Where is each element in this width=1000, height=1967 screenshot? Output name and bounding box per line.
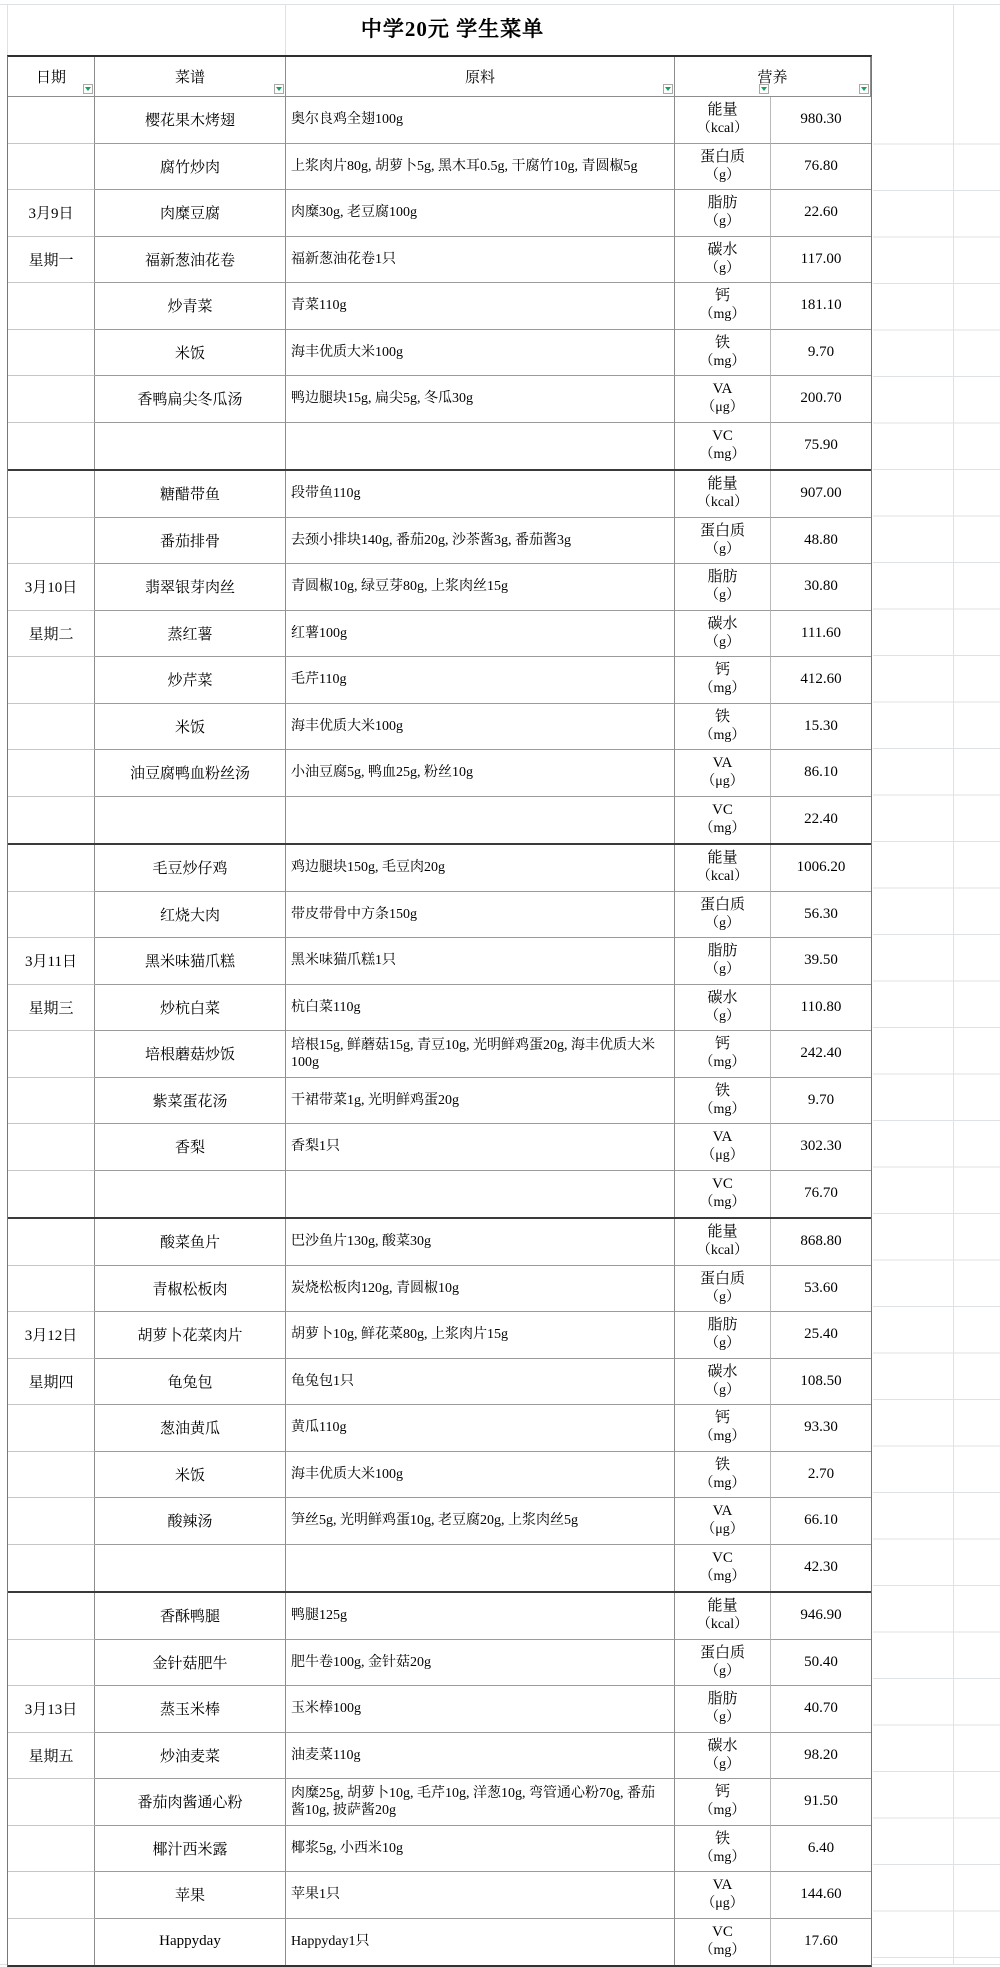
nutrient-label-cell: 碳水（g） — [675, 237, 771, 284]
nutrient-name: VA — [713, 1128, 733, 1147]
nutrient-label-cell: 铁（mg） — [675, 1452, 771, 1499]
ingredients-cell: 带皮带骨中方条150g — [286, 892, 675, 939]
nutrient-unit: （g） — [705, 1008, 740, 1026]
date-cell — [8, 797, 95, 844]
value-cell: 40.70 — [771, 1686, 871, 1733]
nutrient-name: VC — [712, 1549, 733, 1568]
nutrient-name: 脂肪 — [707, 942, 737, 961]
ingredients-cell: 上浆肉片80g, 胡萝卜5g, 黑木耳0.5g, 干腐竹10g, 青圆椒5g — [286, 144, 675, 191]
filter-dropdown-icon[interactable] — [83, 84, 93, 94]
nutrient-label-cell: 碳水（g） — [675, 1359, 771, 1406]
value-cell: 22.40 — [771, 797, 871, 844]
nutrient-unit: （mg） — [700, 1194, 746, 1212]
nutrient-label-cell: 钙（mg） — [675, 283, 771, 330]
date-cell: 3月11日 — [8, 938, 95, 985]
nutrient-name: VA — [713, 380, 733, 399]
nutrient-name: 能量 — [707, 475, 737, 494]
nutrient-unit: （mg） — [700, 1849, 746, 1867]
nutrient-name: 钙 — [715, 661, 730, 680]
filter-arrow-icon — [861, 87, 867, 91]
value-cell: 9.70 — [771, 330, 871, 377]
value-cell: 181.10 — [771, 283, 871, 330]
nutrient-name: 脂肪 — [707, 194, 737, 213]
nutrient-label-cell: VC（mg） — [675, 1919, 771, 1966]
value-cell: 2.70 — [771, 1452, 871, 1499]
header-cell-ingredients: 原料 — [286, 57, 675, 96]
nutrient-label-cell: 铁（mg） — [675, 704, 771, 751]
value-cell: 108.50 — [771, 1359, 871, 1406]
nutrient-name: 铁 — [715, 1082, 730, 1101]
dish-cell: 炒杭白菜 — [95, 985, 286, 1032]
nutrient-label-cell: 脂肪（g） — [675, 564, 771, 611]
weekday-cell: 星期一 — [8, 237, 95, 284]
value-cell: 200.70 — [771, 376, 871, 423]
dish-cell: 紫菜蛋花汤 — [95, 1078, 286, 1125]
dish-cell: 黑米味猫爪糕 — [95, 938, 286, 985]
nutrient-label-cell: VC（mg） — [675, 1545, 771, 1592]
nutrient-name: 钙 — [715, 1783, 730, 1802]
filter-dropdown-icon[interactable] — [859, 84, 869, 94]
dish-cell: 金针菇肥牛 — [95, 1640, 286, 1687]
value-cell: 93.30 — [771, 1405, 871, 1452]
ingredients-cell: 肉糜25g, 胡萝卜10g, 毛芹10g, 洋葱10g, 弯管通心粉70g, 番… — [286, 1779, 675, 1826]
value-cell: 86.10 — [771, 750, 871, 797]
nutrient-label-cell: 铁（mg） — [675, 1826, 771, 1873]
ingredients-cell — [286, 423, 675, 470]
value-cell: 110.80 — [771, 985, 871, 1032]
dish-cell: 毛豆炒仔鸡 — [95, 845, 286, 892]
nutrient-name: 脂肪 — [707, 568, 737, 587]
dish-cell: 炒油麦菜 — [95, 1733, 286, 1780]
gridline-row-stripes — [873, 98, 1000, 1963]
nutrient-unit: （g） — [705, 1663, 740, 1681]
date-cell: 3月13日 — [8, 1686, 95, 1733]
nutrient-label-cell: 碳水（g） — [675, 1733, 771, 1780]
nutrient-label-cell: VA（μg） — [675, 1498, 771, 1545]
nutrient-name: 碳水 — [707, 1737, 737, 1756]
nutrient-label-cell: 能量（kcal） — [675, 471, 771, 518]
value-cell: 9.70 — [771, 1078, 871, 1125]
day-block: 酸菜鱼片巴沙鱼片130g, 酸菜30g能量（kcal）868.80青椒松板肉炭烧… — [8, 1219, 871, 1593]
dish-cell: 培根蘑菇炒饭 — [95, 1031, 286, 1078]
nutrient-unit: （μg） — [701, 1147, 744, 1165]
filter-arrow-icon — [85, 87, 91, 91]
nutrient-label-cell: VA（μg） — [675, 1872, 771, 1919]
ingredients-cell: 笋丝5g, 光明鲜鸡蛋10g, 老豆腐20g, 上浆肉丝5g — [286, 1498, 675, 1545]
date-cell — [8, 1078, 95, 1125]
dish-cell: 酸菜鱼片 — [95, 1219, 286, 1266]
dish-cell: 米饭 — [95, 1452, 286, 1499]
dish-cell: 樱花果木烤翅 — [95, 97, 286, 144]
ingredients-cell: 海丰优质大米100g — [286, 1452, 675, 1499]
value-cell: 17.60 — [771, 1919, 871, 1966]
dish-cell — [95, 423, 286, 470]
nutrient-label-cell: 能量（kcal） — [675, 1219, 771, 1266]
filter-dropdown-icon[interactable] — [274, 84, 284, 94]
value-cell: 48.80 — [771, 518, 871, 565]
value-cell: 144.60 — [771, 1872, 871, 1919]
nutrient-label-cell: VC（mg） — [675, 797, 771, 844]
nutrient-unit: （mg） — [700, 1101, 746, 1119]
value-cell: 42.30 — [771, 1545, 871, 1592]
header-cell-nutrition: 营养 — [675, 57, 871, 96]
nutrient-unit: （g） — [705, 587, 740, 605]
nutrient-unit: （kcal） — [697, 868, 748, 886]
value-cell: 39.50 — [771, 938, 871, 985]
table-body: 樱花果木烤翅奥尔良鸡全翅100g能量（kcal）980.30腐竹炒肉上浆肉片80… — [8, 97, 871, 1965]
date-cell — [8, 283, 95, 330]
ingredients-cell: 海丰优质大米100g — [286, 330, 675, 377]
ingredients-cell: Happyday1只 — [286, 1919, 675, 1966]
dish-cell: 米饭 — [95, 704, 286, 751]
ingredients-cell: 炭烧松板肉120g, 青圆椒10g — [286, 1266, 675, 1313]
date-cell — [8, 845, 95, 892]
date-cell — [8, 1593, 95, 1640]
value-cell: 98.20 — [771, 1733, 871, 1780]
nutrient-label-cell: VA（μg） — [675, 750, 771, 797]
nutrient-label-cell: 蛋白质（g） — [675, 1640, 771, 1687]
value-cell: 242.40 — [771, 1031, 871, 1078]
ingredients-cell: 鸡边腿块150g, 毛豆肉20g — [286, 845, 675, 892]
ingredients-cell — [286, 1171, 675, 1218]
nutrient-label-cell: VC（mg） — [675, 423, 771, 470]
ingredients-cell: 椰浆5g, 小西米10g — [286, 1826, 675, 1873]
day-block: 糖醋带鱼段带鱼110g能量（kcal）907.00番茄排骨去颈小排块140g, … — [8, 471, 871, 845]
nutrient-label-cell: 脂肪（g） — [675, 1312, 771, 1359]
value-cell: 980.30 — [771, 97, 871, 144]
nutrient-unit: （mg） — [700, 1428, 746, 1446]
nutrient-name: 铁 — [715, 1456, 730, 1475]
dish-cell: 油豆腐鸭血粉丝汤 — [95, 750, 286, 797]
nutrient-name: 碳水 — [707, 615, 737, 634]
nutrient-label-cell: 钙（mg） — [675, 1405, 771, 1452]
nutrient-name: 铁 — [715, 708, 730, 727]
nutrient-name: VA — [713, 1502, 733, 1521]
date-cell — [8, 1452, 95, 1499]
date-cell — [8, 1219, 95, 1266]
ingredients-cell — [286, 797, 675, 844]
ingredients-cell: 杭白菜110g — [286, 985, 675, 1032]
value-cell: 91.50 — [771, 1779, 871, 1826]
nutrient-label-cell: VC（mg） — [675, 1171, 771, 1218]
ingredients-cell — [286, 1545, 675, 1592]
nutrient-name: 能量 — [707, 1223, 737, 1242]
nutrient-label-cell: 蛋白质（g） — [675, 1266, 771, 1313]
date-cell — [8, 750, 95, 797]
nutrient-label-cell: 脂肪（g） — [675, 190, 771, 237]
nutrient-unit: （mg） — [700, 446, 746, 464]
value-cell: 50.40 — [771, 1640, 871, 1687]
nutrient-unit: （g） — [705, 213, 740, 231]
nutrient-unit: （mg） — [700, 1942, 746, 1960]
ingredients-cell: 香梨1只 — [286, 1124, 675, 1171]
dish-cell: 青椒松板肉 — [95, 1266, 286, 1313]
date-cell — [8, 97, 95, 144]
date-cell — [8, 471, 95, 518]
nutrient-name: 蛋白质 — [700, 148, 745, 167]
dish-cell: 龟兔包 — [95, 1359, 286, 1406]
nutrient-label-cell: 脂肪（g） — [675, 1686, 771, 1733]
ingredients-cell: 福新葱油花卷1只 — [286, 237, 675, 284]
filter-dropdown-icon[interactable] — [663, 84, 673, 94]
date-cell: 3月10日 — [8, 564, 95, 611]
weekday-cell: 星期二 — [8, 611, 95, 658]
ingredients-cell: 黑米味猫爪糕1只 — [286, 938, 675, 985]
dish-cell: 椰汁西米露 — [95, 1826, 286, 1873]
gridline-top — [0, 4, 1000, 5]
nutrient-unit: （g） — [705, 1289, 740, 1307]
date-cell — [8, 1640, 95, 1687]
nutrient-name: 蛋白质 — [700, 1270, 745, 1289]
nutrient-name: 铁 — [715, 334, 730, 353]
nutrient-label-cell: 蛋白质（g） — [675, 518, 771, 565]
dish-cell — [95, 797, 286, 844]
dish-cell: 胡萝卜花菜肉片 — [95, 1312, 286, 1359]
weekday-cell: 星期五 — [8, 1733, 95, 1780]
dish-cell — [95, 1545, 286, 1592]
value-cell: 30.80 — [771, 564, 871, 611]
nutrient-name: 碳水 — [707, 989, 737, 1008]
nutrient-label-cell: 能量（kcal） — [675, 1593, 771, 1640]
nutrient-unit: （mg） — [700, 1054, 746, 1072]
nutrient-label-cell: 钙（mg） — [675, 1031, 771, 1078]
weekday-cell: 星期三 — [8, 985, 95, 1032]
nutrient-name: 铁 — [715, 1830, 730, 1849]
ingredients-cell: 油麦菜110g — [286, 1733, 675, 1780]
nutrient-unit: （μg） — [701, 399, 744, 417]
value-cell: 111.60 — [771, 611, 871, 658]
ingredients-cell: 肉糜30g, 老豆腐100g — [286, 190, 675, 237]
nutrient-name: 脂肪 — [707, 1316, 737, 1335]
nutrient-unit: （kcal） — [697, 494, 748, 512]
value-cell: 117.00 — [771, 237, 871, 284]
value-cell: 66.10 — [771, 1498, 871, 1545]
nutrient-label-cell: VA（μg） — [675, 376, 771, 423]
ingredients-cell: 巴沙鱼片130g, 酸菜30g — [286, 1219, 675, 1266]
value-cell: 1006.20 — [771, 845, 871, 892]
dish-cell: Happyday — [95, 1919, 286, 1966]
nutrient-label-cell: 蛋白质（g） — [675, 144, 771, 191]
header-cell-date: 日期 — [8, 57, 95, 96]
ingredients-cell: 胡萝卜10g, 鲜花菜80g, 上浆肉片15g — [286, 1312, 675, 1359]
nutrient-unit: （mg） — [700, 306, 746, 324]
nutrient-label-cell: 铁（mg） — [675, 330, 771, 377]
nutrient-unit: （μg） — [701, 773, 744, 791]
page-title: 中学20元 学生菜单 — [0, 13, 905, 43]
ingredients-cell: 小油豆腐5g, 鸭血25g, 粉丝10g — [286, 750, 675, 797]
date-cell — [8, 518, 95, 565]
date-cell — [8, 1405, 95, 1452]
nutrient-unit: （g） — [705, 167, 740, 185]
ingredients-cell: 青圆椒10g, 绿豆芽80g, 上浆肉丝15g — [286, 564, 675, 611]
ingredients-cell: 鸭腿125g — [286, 1593, 675, 1640]
value-cell: 15.30 — [771, 704, 871, 751]
ingredients-cell: 苹果1只 — [286, 1872, 675, 1919]
date-cell — [8, 1919, 95, 1966]
day-block: 香酥鸭腿鸭腿125g能量（kcal）946.90金针菇肥牛肥牛卷100g, 金针… — [8, 1593, 871, 1965]
value-cell: 6.40 — [771, 1826, 871, 1873]
nutrient-name: VC — [712, 801, 733, 820]
date-cell — [8, 1872, 95, 1919]
date-cell: 3月12日 — [8, 1312, 95, 1359]
dish-cell: 红烧大肉 — [95, 892, 286, 939]
value-cell: 302.30 — [771, 1124, 871, 1171]
dish-cell: 腐竹炒肉 — [95, 144, 286, 191]
value-cell: 76.80 — [771, 144, 871, 191]
nutrient-name: VC — [712, 1175, 733, 1194]
day-block: 樱花果木烤翅奥尔良鸡全翅100g能量（kcal）980.30腐竹炒肉上浆肉片80… — [8, 97, 871, 471]
value-cell: 25.40 — [771, 1312, 871, 1359]
ingredients-cell: 去颈小排块140g, 番茄20g, 沙茶酱3g, 番茄酱3g — [286, 518, 675, 565]
date-cell — [8, 1826, 95, 1873]
date-cell — [8, 1779, 95, 1826]
dish-cell: 肉糜豆腐 — [95, 190, 286, 237]
dish-cell: 香酥鸭腿 — [95, 1593, 286, 1640]
dish-cell: 香鸭扁尖冬瓜汤 — [95, 376, 286, 423]
date-cell — [8, 704, 95, 751]
dish-cell: 酸辣汤 — [95, 1498, 286, 1545]
ingredients-cell: 段带鱼110g — [286, 471, 675, 518]
nutrient-label-cell: 钙（mg） — [675, 657, 771, 704]
ingredients-cell: 干裙带菜1g, 光明鲜鸡蛋20g — [286, 1078, 675, 1125]
nutrient-name: 碳水 — [707, 241, 737, 260]
value-cell: 22.60 — [771, 190, 871, 237]
nutrient-name: VA — [713, 1876, 733, 1895]
ingredients-cell: 龟兔包1只 — [286, 1359, 675, 1406]
weekday-cell: 星期四 — [8, 1359, 95, 1406]
nutrient-name: 钙 — [715, 1035, 730, 1054]
dish-cell: 葱油黄瓜 — [95, 1405, 286, 1452]
ingredients-cell: 培根15g, 鲜蘑菇15g, 青豆10g, 光明鲜鸡蛋20g, 海丰优质大米10… — [286, 1031, 675, 1078]
value-cell: 53.60 — [771, 1266, 871, 1313]
menu-table: 日期 菜谱 原料 营养 樱花果木烤翅奥尔良鸡全翅100g能量（kcal）980.… — [7, 55, 872, 1967]
date-cell — [8, 376, 95, 423]
nutrient-label-cell: 铁（mg） — [675, 1078, 771, 1125]
nutrient-unit: （mg） — [700, 1568, 746, 1586]
dish-cell: 翡翠银芽肉丝 — [95, 564, 286, 611]
nutrient-unit: （kcal） — [697, 120, 748, 138]
nutrient-name: 蛋白质 — [700, 522, 745, 541]
value-cell: 868.80 — [771, 1219, 871, 1266]
nutrient-unit: （mg） — [700, 680, 746, 698]
nutrient-name: 蛋白质 — [700, 1644, 745, 1663]
ingredients-cell: 肥牛卷100g, 金针菇20g — [286, 1640, 675, 1687]
dish-cell: 番茄排骨 — [95, 518, 286, 565]
date-cell — [8, 1031, 95, 1078]
value-cell: 412.60 — [771, 657, 871, 704]
date-cell — [8, 144, 95, 191]
filter-arrow-icon — [665, 87, 671, 91]
nutrient-unit: （g） — [705, 1382, 740, 1400]
nutrient-unit: （g） — [705, 1756, 740, 1774]
nutrient-unit: （g） — [705, 541, 740, 559]
nutrient-unit: （g） — [705, 961, 740, 979]
date-cell — [8, 892, 95, 939]
ingredients-cell: 青菜110g — [286, 283, 675, 330]
nutrient-name: 钙 — [715, 287, 730, 306]
date-cell — [8, 1124, 95, 1171]
nutrient-name: 钙 — [715, 1409, 730, 1428]
date-cell — [8, 330, 95, 377]
nutrient-label-cell: VA（μg） — [675, 1124, 771, 1171]
nutrient-unit: （mg） — [700, 1475, 746, 1493]
nutrient-unit: （mg） — [700, 820, 746, 838]
dish-cell: 苹果 — [95, 1872, 286, 1919]
nutrient-unit: （g） — [705, 634, 740, 652]
value-cell: 76.70 — [771, 1171, 871, 1218]
nutrient-label-cell: 能量（kcal） — [675, 845, 771, 892]
nutrient-name: 能量 — [707, 1597, 737, 1616]
dish-cell: 蒸玉米棒 — [95, 1686, 286, 1733]
date-cell — [8, 657, 95, 704]
date-cell — [8, 1545, 95, 1592]
ingredients-cell: 鸭边腿块15g, 扁尖5g, 冬瓜30g — [286, 376, 675, 423]
nutrient-label-cell: 脂肪（g） — [675, 938, 771, 985]
value-cell: 946.90 — [771, 1593, 871, 1640]
dish-cell: 炒芹菜 — [95, 657, 286, 704]
ingredients-cell: 毛芹110g — [286, 657, 675, 704]
filter-dropdown-icon[interactable] — [759, 84, 769, 94]
date-cell — [8, 423, 95, 470]
value-cell: 907.00 — [771, 471, 871, 518]
ingredients-cell: 红薯100g — [286, 611, 675, 658]
nutrient-name: VC — [712, 427, 733, 446]
date-cell — [8, 1266, 95, 1313]
nutrient-label-cell: 碳水（g） — [675, 611, 771, 658]
dish-cell: 福新葱油花卷 — [95, 237, 286, 284]
nutrient-name: 蛋白质 — [700, 896, 745, 915]
nutrient-unit: （g） — [705, 1335, 740, 1353]
filter-arrow-icon — [761, 87, 767, 91]
ingredients-cell: 黄瓜110g — [286, 1405, 675, 1452]
dish-cell — [95, 1171, 286, 1218]
nutrient-unit: （μg） — [701, 1895, 744, 1913]
nutrient-label-cell: 能量（kcal） — [675, 97, 771, 144]
date-cell — [8, 1498, 95, 1545]
nutrient-name: 碳水 — [707, 1363, 737, 1382]
header-cell-menu: 菜谱 — [95, 57, 286, 96]
dish-cell: 蒸红薯 — [95, 611, 286, 658]
date-cell: 3月9日 — [8, 190, 95, 237]
nutrient-label-cell: 碳水（g） — [675, 985, 771, 1032]
nutrient-name: 能量 — [707, 849, 737, 868]
nutrient-unit: （g） — [705, 260, 740, 278]
nutrient-unit: （μg） — [701, 1521, 744, 1539]
nutrient-unit: （mg） — [700, 727, 746, 745]
ingredients-cell: 海丰优质大米100g — [286, 704, 675, 751]
nutrient-label-cell: 蛋白质（g） — [675, 892, 771, 939]
ingredients-cell: 奥尔良鸡全翅100g — [286, 97, 675, 144]
nutrient-name: VC — [712, 1923, 733, 1942]
nutrient-unit: （kcal） — [697, 1616, 748, 1634]
nutrient-unit: （g） — [705, 915, 740, 933]
nutrient-label-cell: 钙（mg） — [675, 1779, 771, 1826]
dish-cell: 炒青菜 — [95, 283, 286, 330]
dish-cell: 番茄肉酱通心粉 — [95, 1779, 286, 1826]
nutrient-name: VA — [713, 754, 733, 773]
nutrient-unit: （kcal） — [697, 1242, 748, 1260]
nutrient-unit: （mg） — [700, 1802, 746, 1820]
dish-cell: 糖醋带鱼 — [95, 471, 286, 518]
header-row: 日期 菜谱 原料 营养 — [8, 57, 871, 97]
value-cell: 56.30 — [771, 892, 871, 939]
ingredients-cell: 玉米棒100g — [286, 1686, 675, 1733]
date-cell — [8, 1171, 95, 1218]
nutrient-name: 脂肪 — [707, 1690, 737, 1709]
nutrient-unit: （g） — [705, 1709, 740, 1727]
dish-cell: 香梨 — [95, 1124, 286, 1171]
value-cell: 75.90 — [771, 423, 871, 470]
